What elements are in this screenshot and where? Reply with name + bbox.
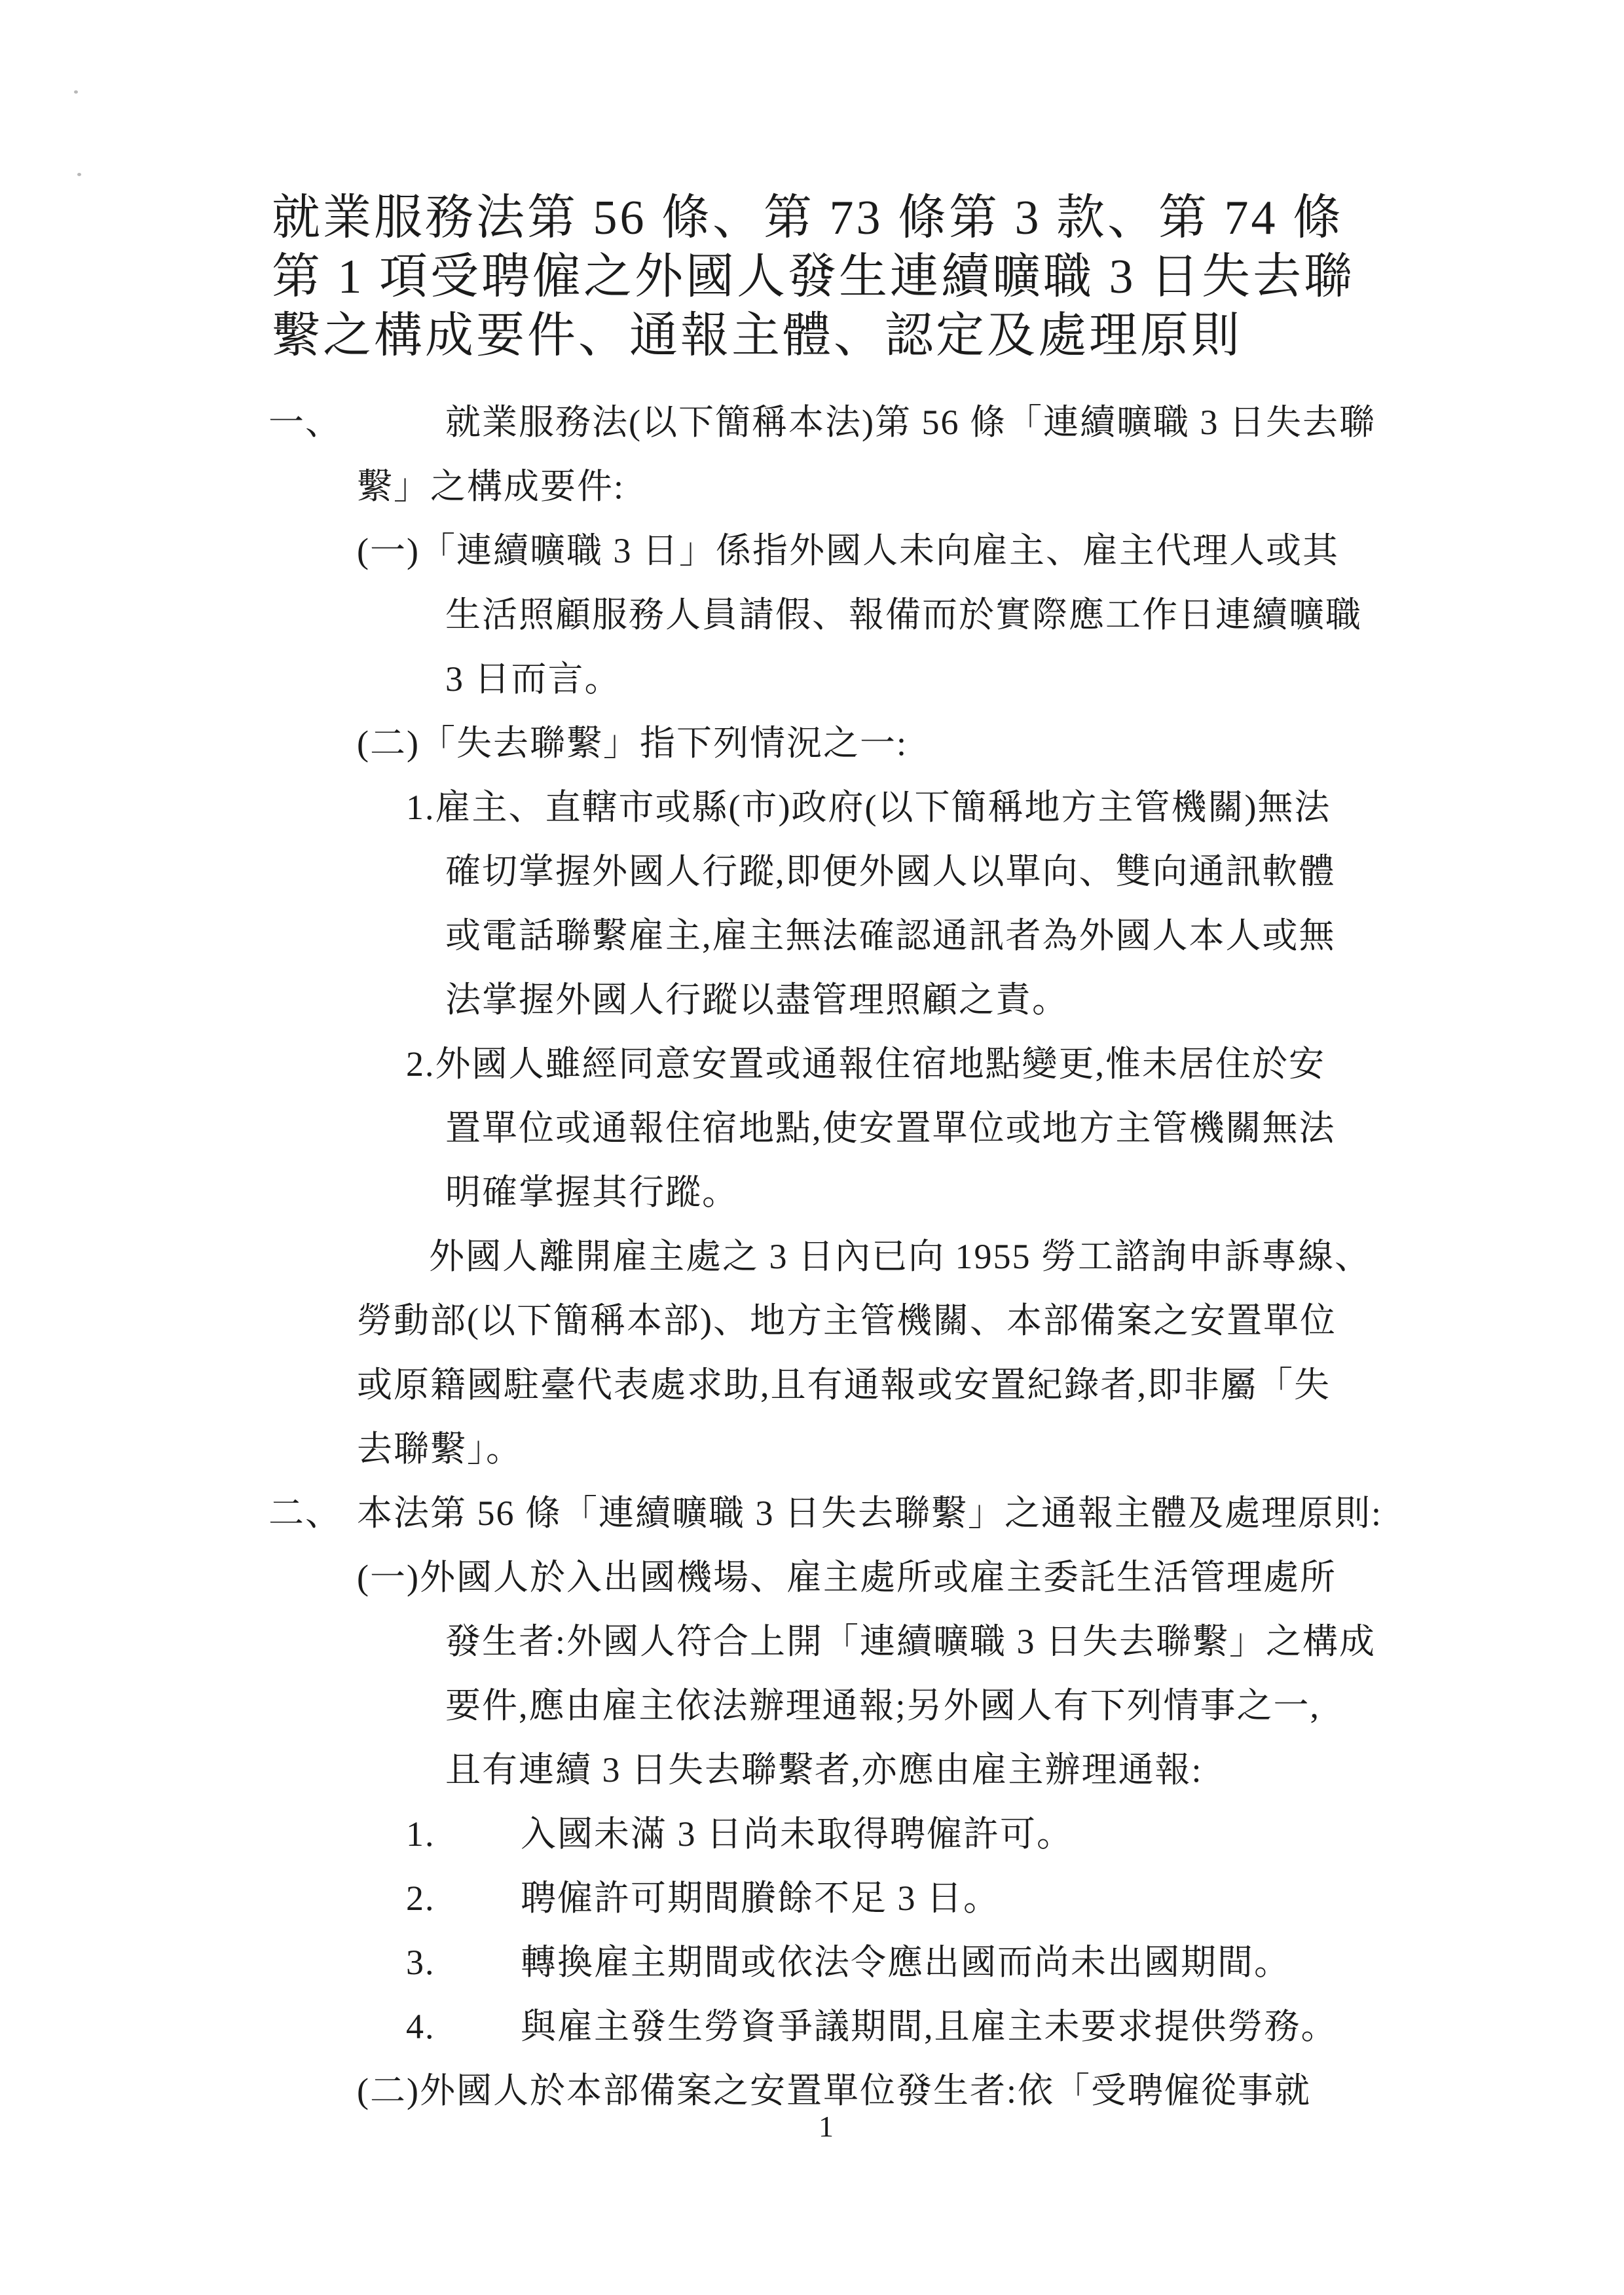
doc-line: 或電話聯繫雇主,雇主無法確認通訊者為外國人本人或無	[0, 904, 1624, 968]
line-text: (一)外國人於入出國機場、雇主處所或雇主委託生活管理處所	[357, 1558, 1337, 1597]
doc-line: 去聯繫」。	[0, 1417, 1624, 1481]
line-text: 或原籍國駐臺代表處求助,且有通報或安置紀錄者,即非屬「失	[357, 1365, 1331, 1405]
doc-line: (二)「失去聯繫」指下列情況之一:	[0, 711, 1624, 775]
doc-line: 勞動部(以下簡稱本部)、地方主管機關、本部備案之安置單位	[0, 1289, 1624, 1353]
line-text: 置單位或通報住宿地點,使安置單位或地方主管機關無法	[445, 1109, 1336, 1148]
title-line: 繫之構成要件、通報主體、認定及處理原則	[272, 306, 1424, 365]
doc-line: 法掌握外國人行蹤以盡管理照顧之責。	[0, 968, 1624, 1032]
list-number: 1.	[406, 1802, 521, 1866]
document-title: 就業服務法第 56 條、第 73 條第 3 款、第 74 條 第 1 項受聘僱之…	[272, 189, 1424, 365]
doc-line: (一)外國人於入出國機場、雇主處所或雇主委託生活管理處所	[0, 1545, 1624, 1609]
doc-line: 置單位或通報住宿地點,使安置單位或地方主管機關無法	[0, 1096, 1624, 1160]
doc-line: 一、就業服務法(以下簡稱本法)第 56 條「連續曠職 3 日失去聯	[0, 390, 1624, 454]
line-text: 繫」之構成要件:	[357, 467, 625, 506]
doc-line: 外國人離開雇主處之 3 日內已向 1955 勞工諮詢申訴專線、	[0, 1224, 1624, 1289]
doc-line: 二、本法第 56 條「連續曠職 3 日失去聯繫」之通報主體及處理原則:	[0, 1481, 1624, 1545]
doc-line: 2.聘僱許可期間賸餘不足 3 日。	[0, 1866, 1624, 1930]
document-body: 一、就業服務法(以下簡稱本法)第 56 條「連續曠職 3 日失去聯 繫」之構成要…	[0, 390, 1624, 2123]
line-text: 本法第 56 條「連續曠職 3 日失去聯繫」之通報主體及處理原則:	[357, 1494, 1382, 1533]
list-number: 3.	[406, 1930, 521, 1994]
line-text: 要件,應由雇主依法辦理通報;另外國人有下列情事之一,	[445, 1686, 1320, 1725]
line-text: 3 日而言。	[445, 659, 621, 699]
doc-line: 4.與雇主發生勞資爭議期間,且雇主未要求提供勞務。	[0, 1994, 1624, 2059]
doc-line: 且有連續 3 日失去聯繫者,亦應由雇主辦理通報:	[0, 1738, 1624, 1802]
line-text: 且有連續 3 日失去聯繫者,亦應由雇主辦理通報:	[445, 1750, 1203, 1790]
doc-line: 1.雇主、直轄市或縣(市)政府(以下簡稱地方主管機關)無法	[0, 775, 1624, 839]
title-line: 第 1 項受聘僱之外國人發生連續曠職 3 日失去聯	[272, 248, 1424, 306]
scan-artifact	[77, 173, 81, 176]
line-text: (二)「失去聯繫」指下列情況之一:	[357, 724, 908, 763]
doc-line: 確切掌握外國人行蹤,即便外國人以單向、雙向通訊軟體	[0, 839, 1624, 904]
scan-artifact	[74, 90, 78, 94]
line-text: 聘僱許可期間賸餘不足 3 日。	[521, 1879, 1000, 1918]
doc-line: 3 日而言。	[0, 647, 1624, 711]
doc-line: 2.外國人雖經同意安置或通報住宿地點變更,惟未居住於安	[0, 1032, 1624, 1096]
doc-line: 3.轉換雇主期間或依法令應出國而尚未出國期間。	[0, 1930, 1624, 1994]
doc-line: 發生者:外國人符合上開「連續曠職 3 日失去聯繫」之構成	[0, 1609, 1624, 1674]
line-text: 明確掌握其行蹤。	[445, 1173, 739, 1212]
doc-line: 生活照顧服務人員請假、報備而於實際應工作日連續曠職	[0, 583, 1624, 647]
line-text: 入國未滿 3 日尚未取得聘僱許可。	[521, 1814, 1073, 1854]
doc-line: 或原籍國駐臺代表處求助,且有通報或安置紀錄者,即非屬「失	[0, 1353, 1624, 1417]
section-label: 二、	[268, 1481, 357, 1545]
line-text: 勞動部(以下簡稱本部)、地方主管機關、本部備案之安置單位	[357, 1301, 1337, 1340]
line-text: 發生者:外國人符合上開「連續曠職 3 日失去聯繫」之構成	[445, 1622, 1376, 1661]
line-text: (一)「連續曠職 3 日」係指外國人未向雇主、雇主代理人或其	[357, 531, 1339, 570]
doc-line: (二)外國人於本部備案之安置單位發生者:依「受聘僱從事就	[0, 2059, 1624, 2123]
line-text: 確切掌握外國人行蹤,即便外國人以單向、雙向通訊軟體	[445, 852, 1336, 891]
line-text: 就業服務法(以下簡稱本法)第 56 條「連續曠職 3 日失去聯	[445, 403, 1376, 442]
line-text: 2.外國人雖經同意安置或通報住宿地點變更,惟未居住於安	[406, 1044, 1325, 1084]
list-number: 4.	[406, 1994, 521, 2059]
title-line: 就業服務法第 56 條、第 73 條第 3 款、第 74 條	[272, 189, 1424, 248]
document-page: 就業服務法第 56 條、第 73 條第 3 款、第 74 條 第 1 項受聘僱之…	[0, 0, 1624, 2295]
line-text: 與雇主發生勞資爭議期間,且雇主未要求提供勞務。	[521, 2007, 1338, 2046]
line-text: 或電話聯繫雇主,雇主無法確認通訊者為外國人本人或無	[445, 916, 1336, 955]
doc-line: (一)「連續曠職 3 日」係指外國人未向雇主、雇主代理人或其	[0, 519, 1624, 583]
line-text: 生活照顧服務人員請假、報備而於實際應工作日連續曠職	[445, 595, 1362, 634]
line-text: 去聯繫」。	[357, 1429, 523, 1469]
line-text: 1.雇主、直轄市或縣(市)政府(以下簡稱地方主管機關)無法	[406, 788, 1331, 827]
line-text: 外國人離開雇主處之 3 日內已向 1955 勞工諮詢申訴專線、	[429, 1237, 1371, 1276]
section-label: 一、	[268, 390, 445, 454]
doc-line: 明確掌握其行蹤。	[0, 1160, 1624, 1224]
doc-line: 要件,應由雇主依法辦理通報;另外國人有下列情事之一,	[0, 1674, 1624, 1738]
line-text: 法掌握外國人行蹤以盡管理照顧之責。	[445, 980, 1069, 1019]
doc-line: 繫」之構成要件:	[0, 454, 1624, 519]
doc-line: 1.入國未滿 3 日尚未取得聘僱許可。	[0, 1802, 1624, 1866]
line-text: (二)外國人於本部備案之安置單位發生者:依「受聘僱從事就	[357, 2071, 1311, 2110]
list-number: 2.	[406, 1866, 521, 1930]
line-text: 轉換雇主期間或依法令應出國而尚未出國期間。	[521, 1943, 1291, 1982]
page-number: 1	[819, 2107, 834, 2146]
